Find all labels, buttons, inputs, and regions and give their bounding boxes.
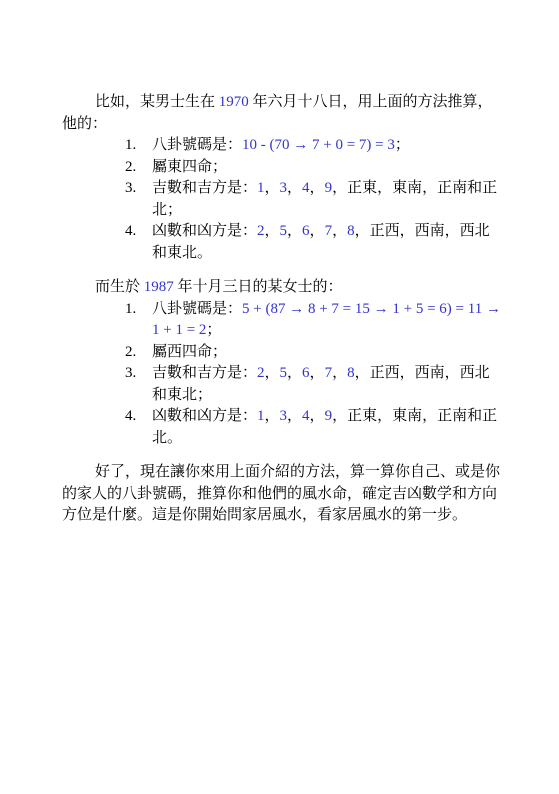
list-item-text: 八卦號碼是：10 - (70 → 7 + 0 = 7) = 3； <box>152 137 410 153</box>
text-segment: ， <box>265 365 280 381</box>
text-segment: 八卦號碼是： <box>152 301 242 317</box>
text-segment: ， <box>287 365 302 381</box>
list-item: 2. 屬西四命； <box>62 342 502 364</box>
highlighted-value: 10 - (70 → 7 + 0 = 7) = 3 <box>242 137 395 153</box>
text-segment: 年十月三日的某女士的： <box>174 279 343 295</box>
text-segment: ， <box>265 223 280 239</box>
text-segment: ； <box>206 322 221 338</box>
highlighted-value: 9 <box>325 408 333 424</box>
text-segment: 八卦號碼是： <box>152 137 242 153</box>
text-segment: 而生於 <box>95 279 144 295</box>
highlighted-value: 9 <box>325 180 333 196</box>
highlighted-value: 7 <box>325 365 333 381</box>
male-example-list: 1. 八卦號碼是：10 - (70 → 7 + 0 = 7) = 3； 2. 屬… <box>62 135 502 264</box>
list-item-number: 2. <box>125 157 136 179</box>
list-item-number: 3. <box>125 363 136 385</box>
list-item-text: 屬東四命； <box>152 159 227 175</box>
list-item: 4. 凶數和凶方是：2，5，6，7，8，正西，西南，西北和東北。 <box>62 221 502 264</box>
text-segment: 屬東四命； <box>152 159 227 175</box>
highlighted-value: 8 <box>347 365 355 381</box>
highlighted-value: 5 <box>280 223 288 239</box>
list-item-text: 八卦號碼是：5 + (87 → 8 + 7 = 15 → 1 + 5 = 6) … <box>152 301 501 339</box>
text-segment: ， <box>265 180 280 196</box>
text-segment: ， <box>310 408 325 424</box>
highlighted-value: 7 <box>325 223 333 239</box>
text-segment: 凶數和凶方是： <box>152 408 257 424</box>
text-segment: 好了，現在讓你來用上面介紹的方法，算一算你自己、或是你的家人的八卦號碼，推算你和… <box>62 464 500 523</box>
list-item: 3. 吉數和吉方是：2，5，6，7，8，正西，西南，西北和東北； <box>62 363 502 406</box>
text-segment: ， <box>287 408 302 424</box>
paragraph-female-example-intro: 而生於 1987 年十月三日的某女士的： <box>62 277 502 299</box>
list-item: 4. 凶數和凶方是：1，3，4，9，正東，東南，正南和正北。 <box>62 406 502 449</box>
text-segment: 吉數和吉方是： <box>152 365 257 381</box>
text-segment: ， <box>310 180 325 196</box>
list-item-text: 凶數和凶方是：2，5，6，7，8，正西，西南，西北和東北。 <box>152 223 490 261</box>
text-segment: ， <box>332 365 347 381</box>
highlighted-value: 4 <box>302 180 310 196</box>
text-segment: ； <box>395 137 410 153</box>
highlighted-value: 8 <box>347 223 355 239</box>
text-segment: 屬西四命； <box>152 344 227 360</box>
document-page: 比如，某男士生在 1970 年六月十八日，用上面的方法推算，他的： 1. 八卦號… <box>0 0 559 794</box>
text-segment: ， <box>287 223 302 239</box>
list-item-number: 1. <box>125 135 136 157</box>
text-segment: ， <box>310 223 325 239</box>
paragraph-male-example-intro: 比如，某男士生在 1970 年六月十八日，用上面的方法推算，他的： <box>62 92 502 135</box>
highlighted-value: 3 <box>280 180 288 196</box>
text-segment: ， <box>287 180 302 196</box>
list-item: 1. 八卦號碼是：5 + (87 → 8 + 7 = 15 → 1 + 5 = … <box>62 299 502 342</box>
highlighted-value: 2 <box>257 365 265 381</box>
document-content: 比如，某男士生在 1970 年六月十八日，用上面的方法推算，他的： 1. 八卦號… <box>62 92 502 527</box>
highlighted-value: 1987 <box>144 279 174 295</box>
highlighted-value: 6 <box>302 223 310 239</box>
highlighted-value: 1970 <box>219 94 249 110</box>
highlighted-value: 2 <box>257 223 265 239</box>
list-item-number: 2. <box>125 342 136 364</box>
highlighted-value: 5 <box>280 365 288 381</box>
text-segment: ， <box>332 223 347 239</box>
highlighted-value: 1 <box>257 408 265 424</box>
female-example-list: 1. 八卦號碼是：5 + (87 → 8 + 7 = 15 → 1 + 5 = … <box>62 299 502 450</box>
highlighted-value: 6 <box>302 365 310 381</box>
text-segment: ， <box>265 408 280 424</box>
list-item: 2. 屬東四命； <box>62 157 502 179</box>
text-segment: 比如，某男士生在 <box>95 94 219 110</box>
list-item-text: 吉數和吉方是：1，3，4，9，正東，東南，正南和正北； <box>152 180 497 218</box>
list-item-number: 3. <box>125 178 136 200</box>
text-segment: ， <box>310 365 325 381</box>
list-item-number: 4. <box>125 221 136 243</box>
list-item-text: 屬西四命； <box>152 344 227 360</box>
list-item-text: 凶數和凶方是：1，3，4，9，正東，東南，正南和正北。 <box>152 408 497 446</box>
list-item-number: 4. <box>125 406 136 428</box>
text-segment: 吉數和吉方是： <box>152 180 257 196</box>
list-item: 1. 八卦號碼是：10 - (70 → 7 + 0 = 7) = 3； <box>62 135 502 157</box>
paragraph-closing: 好了，現在讓你來用上面介紹的方法，算一算你自己、或是你的家人的八卦號碼，推算你和… <box>62 462 502 527</box>
highlighted-value: 4 <box>302 408 310 424</box>
list-item-text: 吉數和吉方是：2，5，6，7，8，正西，西南，西北和東北； <box>152 365 490 403</box>
highlighted-value: 3 <box>280 408 288 424</box>
highlighted-value: 1 <box>257 180 265 196</box>
list-item: 3. 吉數和吉方是：1，3，4，9，正東，東南，正南和正北； <box>62 178 502 221</box>
list-item-number: 1. <box>125 299 136 321</box>
text-segment: 凶數和凶方是： <box>152 223 257 239</box>
